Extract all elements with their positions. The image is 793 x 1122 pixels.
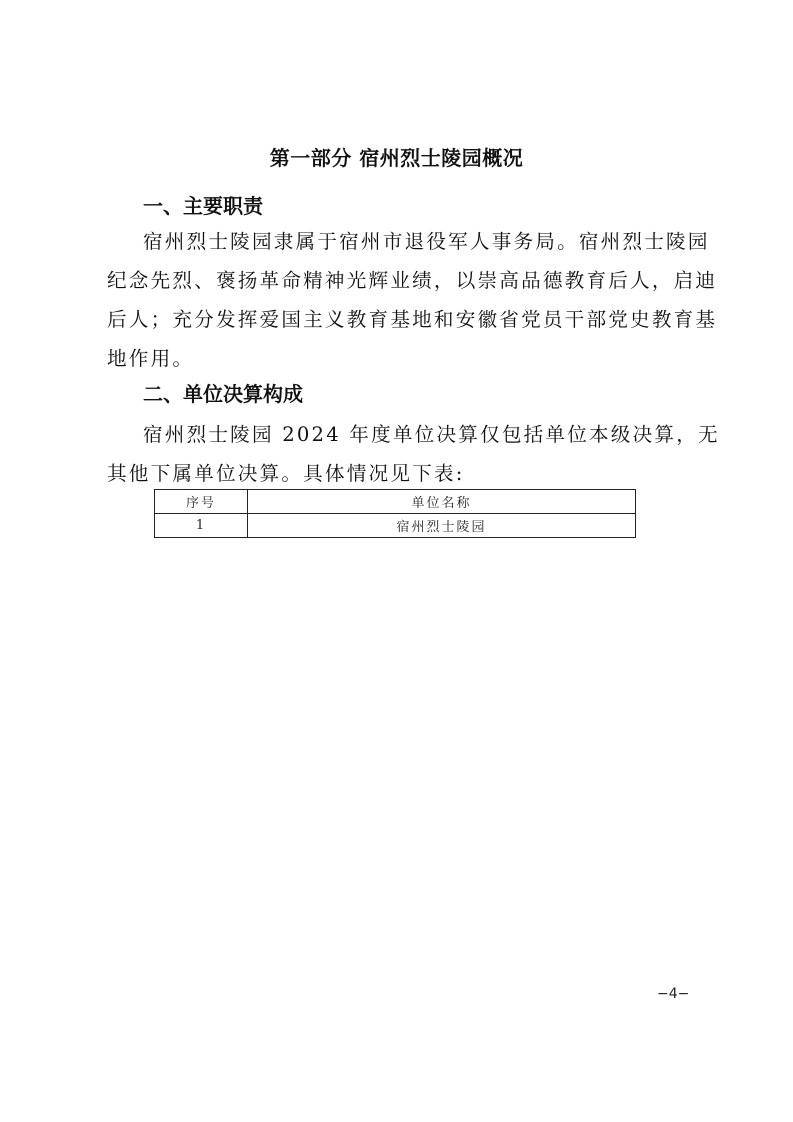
- table-cell-unit-name: 宿州烈士陵园: [248, 514, 636, 538]
- page-number: −4−: [657, 986, 689, 1002]
- paragraph-main-duties: 宿州烈士陵园隶属于宿州市退役军人事务局。宿州烈士陵园 纪念先烈、褒扬革命精神光辉…: [107, 222, 691, 378]
- table-header-unit-name: 单位名称: [248, 490, 636, 514]
- table-header-row: 序号 单位名称: [155, 490, 636, 514]
- table-row: 1 宿州烈士陵园: [155, 514, 636, 538]
- page-title: 第一部分 宿州烈士陵园概况: [0, 143, 793, 173]
- paragraph-line: 宿州烈士陵园隶属于宿州市退役军人事务局。宿州烈士陵园: [107, 222, 691, 261]
- section-heading-main-duties: 一、主要职责: [143, 191, 263, 221]
- paragraph-line: 地作用。: [107, 339, 691, 378]
- paragraph-line: 后人；充分发挥爱国主义教育基地和安徽省党员干部党史教育基: [107, 300, 691, 339]
- paragraph-budget-composition: 宿州烈士陵园 2024 年度单位决算仅包括单位本级决算，无 其他下属单位决算。具…: [107, 415, 691, 493]
- units-table: 序号 单位名称 1 宿州烈士陵园: [154, 489, 636, 538]
- paragraph-line: 其他下属单位决算。具体情况见下表:: [107, 454, 691, 493]
- table-cell-index: 1: [155, 514, 248, 538]
- section-heading-budget-composition: 二、单位决算构成: [143, 379, 303, 409]
- table-header-index: 序号: [155, 490, 248, 514]
- paragraph-line: 宿州烈士陵园 2024 年度单位决算仅包括单位本级决算，无: [107, 415, 691, 454]
- paragraph-line: 纪念先烈、褒扬革命精神光辉业绩，以崇高品德教育后人，启迪: [107, 261, 691, 300]
